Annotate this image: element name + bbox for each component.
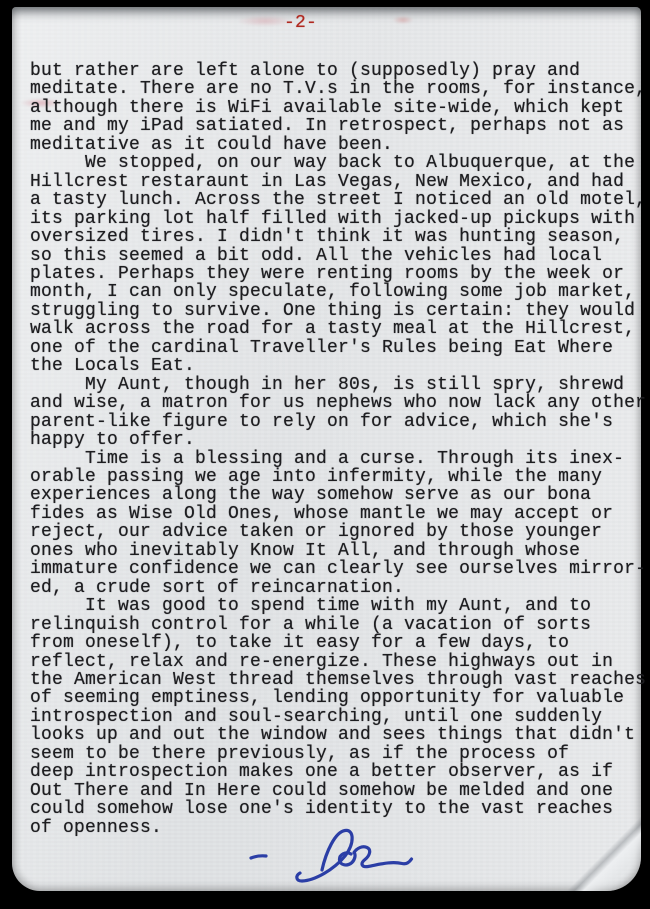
signature — [245, 823, 420, 888]
letter-body: but rather are left alone to (supposedly… — [30, 62, 646, 837]
signature-dash-stroke — [251, 856, 266, 858]
paragraph: My Aunt, though in her 80s, is still spr… — [30, 376, 646, 450]
letter-page: -2- but rather are left alone to (suppos… — [12, 7, 641, 891]
paragraph: We stopped, on our way back to Albuquerq… — [30, 154, 646, 375]
pink-ink-smudge — [390, 15, 416, 25]
paragraph: Time is a blessing and a curse. Through … — [30, 450, 646, 598]
paragraph: It was good to spend time with my Aunt, … — [30, 597, 646, 837]
signature-loop-stroke — [297, 830, 352, 881]
paragraph: but rather are left alone to (supposedly… — [30, 62, 646, 154]
scanned-letter-background: -2- but rather are left alone to (suppos… — [0, 0, 650, 909]
page-number: -2- — [284, 13, 317, 33]
